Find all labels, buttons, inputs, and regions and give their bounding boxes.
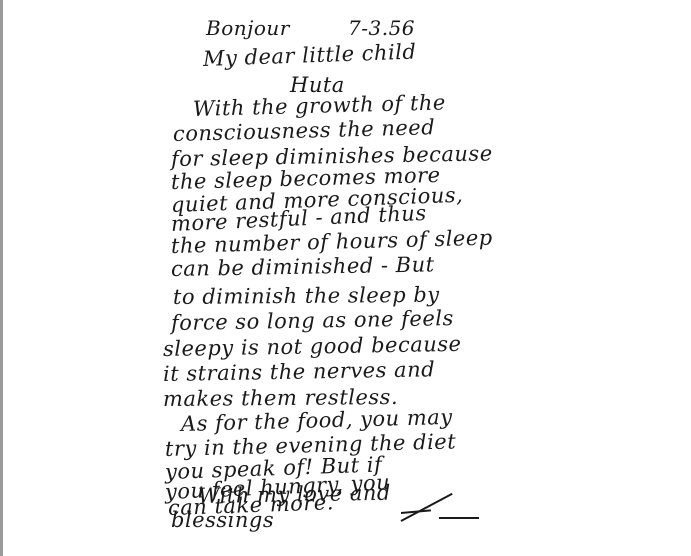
body-line-10: force so long as one feels bbox=[171, 306, 454, 335]
body-line-8: can be diminished - But bbox=[171, 252, 435, 281]
heading-date: 7-3.56 bbox=[348, 16, 415, 40]
handwritten-letter: Bonjour 7-3.56 My dear little child Huta… bbox=[3, 0, 691, 556]
heading-greeting: Bonjour bbox=[206, 16, 290, 40]
body-line-12: it strains the nerves and bbox=[163, 357, 435, 386]
body-line-9: to diminish the sleep by bbox=[173, 283, 440, 309]
closing-line-2: blessings bbox=[171, 508, 274, 532]
closing-line-1: With my love and bbox=[198, 481, 391, 508]
salutation: My dear little child bbox=[203, 40, 417, 71]
